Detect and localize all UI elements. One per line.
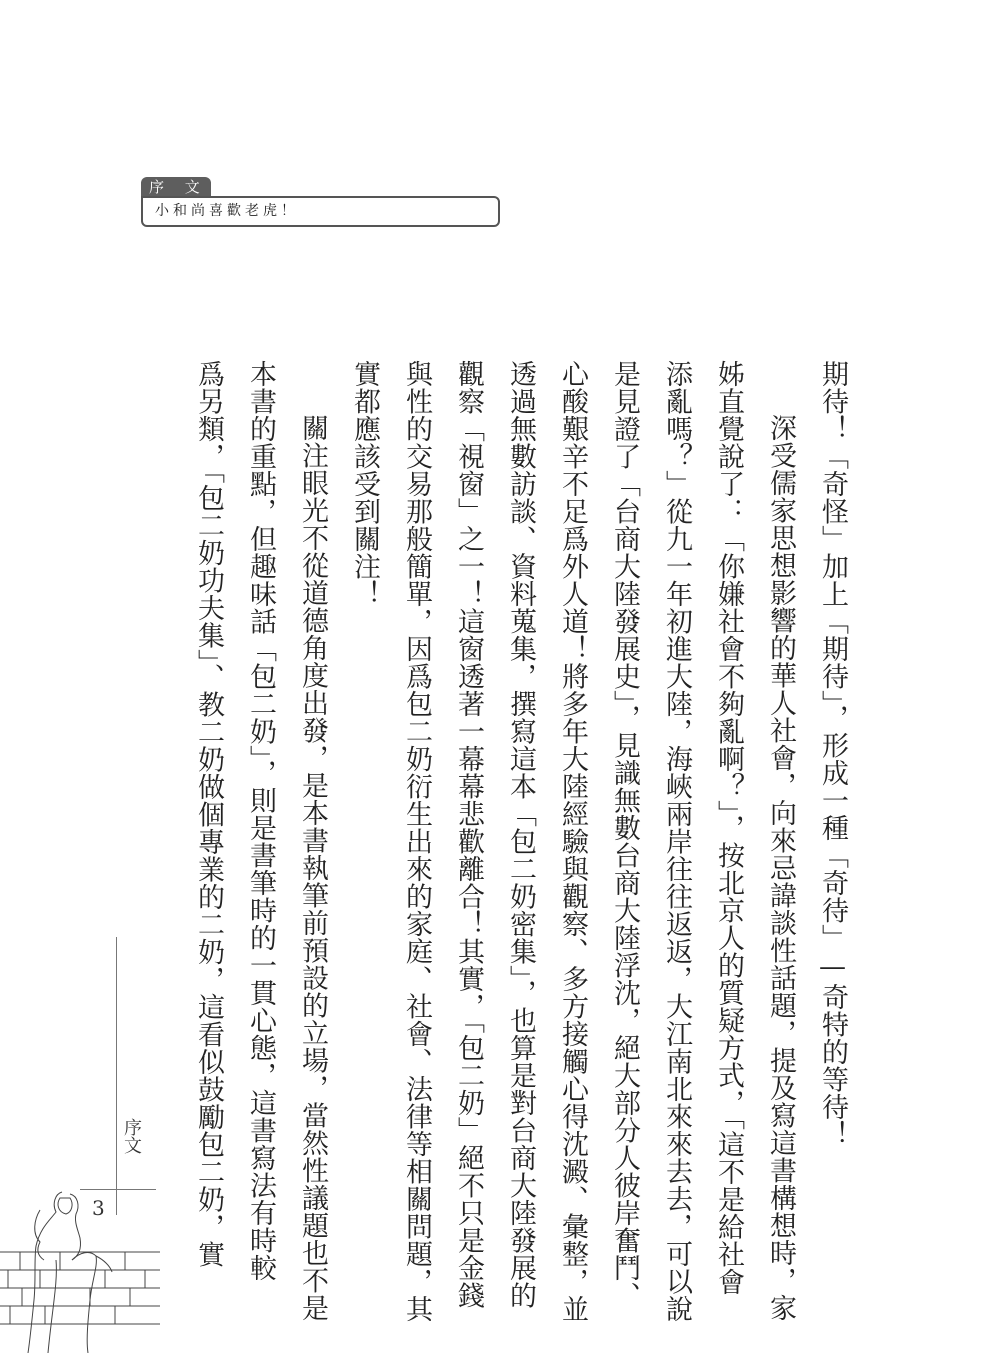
running-head: 序文 — [124, 1118, 148, 1154]
text-column: 與性的交易那般簡單，因爲包二奶衍生出來的家庭、社會、法律等相關問題，其 — [398, 360, 434, 1323]
text-column: 是見證了「台商大陸發展史」，見識無數台商大陸浮沈，絕大部分人彼岸奮鬥、 — [606, 360, 642, 1309]
text-column: 期待！「奇怪」加上「期待」，形成一種「奇待」—奇特的等待！ — [814, 360, 850, 1148]
text-column: 透過無數訪談、資料蒐集，撰寫這本「包二奶密集」，也算是對台商大陸發展的 — [502, 360, 538, 1309]
chapter-title-box: 小和尚喜歡老虎！ — [141, 196, 500, 227]
text-column: 心酸艱辛不足爲外人道！將多年大陸經驗與觀察、多方接觸心得沈澱、彙整，並 — [554, 360, 590, 1323]
illustration-woman-on-wall — [0, 1190, 160, 1353]
text-column: 姊直覺說了：「你嫌社會不夠亂啊？」，按北京人的質疑方式，「這不是給社會 — [710, 360, 746, 1296]
chapter-title: 小和尚喜歡老虎！ — [155, 203, 299, 219]
woman-illustration-icon — [0, 1190, 160, 1353]
section-tab: 序 文 — [141, 177, 211, 197]
text-column: 爲另類，「包二奶功夫集」、教二奶做個專業的二奶，這看似鼓勵包二奶，實 — [190, 360, 226, 1268]
text-column: 深受儒家思想影響的華人社會，向來忌諱談性話題，提及寫這書構想時，家 — [762, 360, 798, 1322]
body-text: 期待！「奇怪」加上「期待」，形成一種「奇待」—奇特的等待！ 深受儒家思想影響的華… — [190, 360, 850, 1200]
text-column: 實都應該受到關注！ — [346, 360, 382, 608]
text-column: 添亂嗎？」從九一年初進大陸，海峽兩岸往往返返，大江南北來來去去，可以說 — [658, 360, 694, 1323]
text-column: 觀察「視窗」之一！這窗透著一幕幕悲歡離合！其實，「包二奶」絕不只是金錢 — [450, 360, 486, 1309]
margin-vertical-rule — [116, 937, 117, 1215]
text-column: 本書的重點，但趣味話「包二奶」，則是書筆時的一貫心態，這書寫法有時較 — [242, 360, 278, 1282]
text-column: 關注眼光不從道德角度出發，是本書執筆前預設的立場，當然性議題也不是 — [294, 360, 330, 1322]
